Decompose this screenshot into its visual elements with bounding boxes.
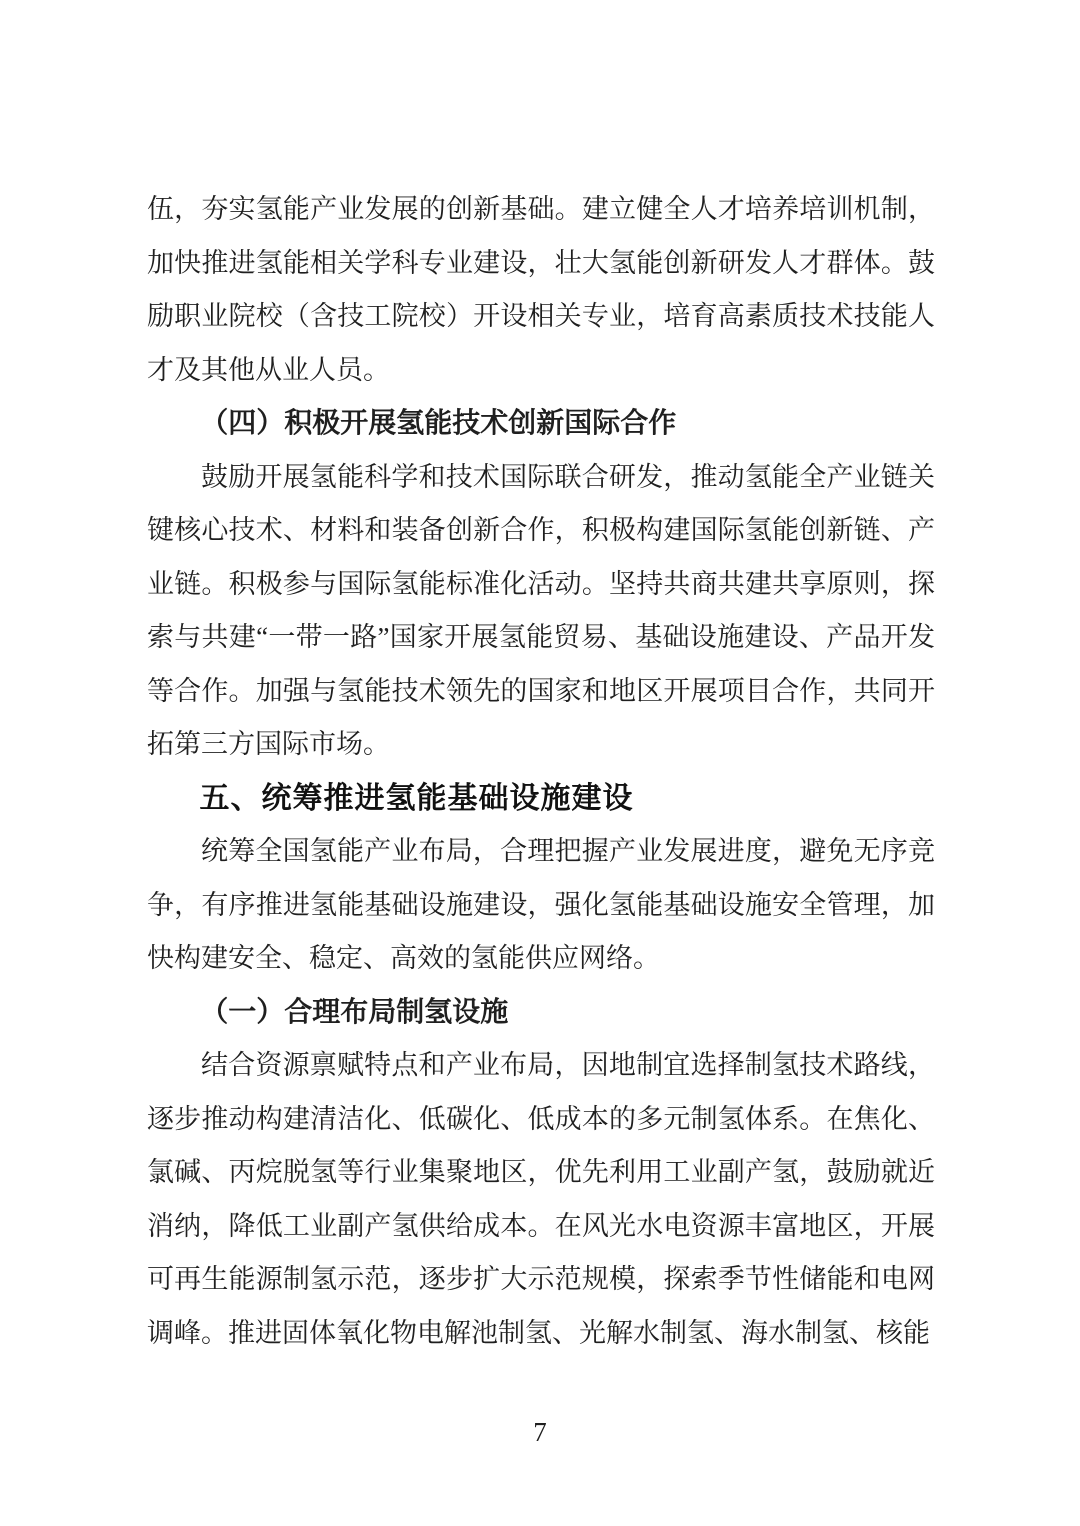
paragraph-infrastructure-overview: 统筹全国氢能产业布局，合理把握产业发展进度，避免无序竞争，有序推进氢能基础设施建… [147, 825, 935, 986]
subsection-heading-1-hydrogen-production-layout: （一）合理布局制氢设施 [147, 986, 935, 1040]
page-number: 7 [0, 1417, 1080, 1448]
document-content: 伍，夯实氢能产业发展的创新基础。建立健全人才培养培训机制，加快推进氢能相关学科专… [147, 183, 935, 1360]
paragraph-hydrogen-production: 结合资源禀赋特点和产业布局，因地制宜选择制氢技术路线，逐步推动构建清洁化、低碳化… [147, 1039, 935, 1360]
paragraph-international-cooperation: 鼓励开展氢能科学和技术国际联合研发，推动氢能全产业链关键核心技术、材料和装备创新… [147, 451, 935, 772]
subsection-heading-4-international-cooperation: （四）积极开展氢能技术创新国际合作 [147, 397, 935, 451]
document-page: 伍，夯实氢能产业发展的创新基础。建立健全人才培养培训机制，加快推进氢能相关学科专… [0, 0, 1080, 1526]
paragraph-talent-training: 伍，夯实氢能产业发展的创新基础。建立健全人才培养培训机制，加快推进氢能相关学科专… [147, 183, 935, 397]
chapter-heading-5-infrastructure: 五、统筹推进氢能基础设施建设 [147, 772, 935, 826]
